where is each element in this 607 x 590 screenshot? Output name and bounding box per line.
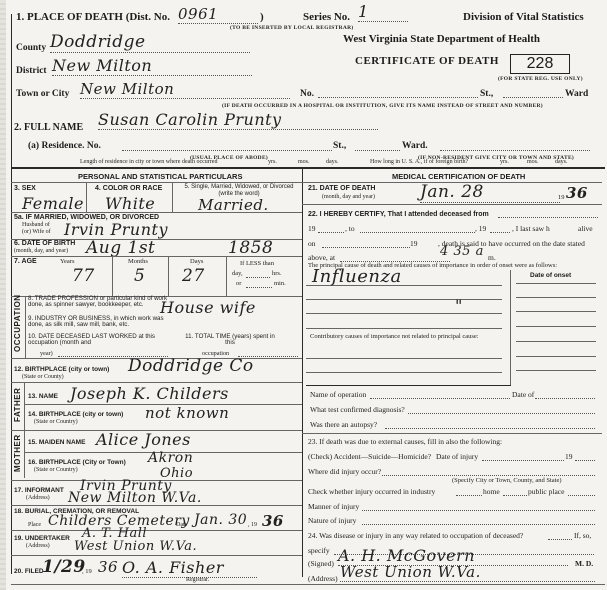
undertaker-address-label: (Address) <box>26 543 50 549</box>
dob-label: 6. DATE OF BIRTH <box>14 240 75 247</box>
attended-to-year-prefix: , 19 <box>475 224 486 233</box>
attended-year-prefix: 19 <box>308 224 316 233</box>
town-value: New Milton <box>80 80 290 99</box>
rule <box>24 382 25 430</box>
less-than-label: If LESS than <box>240 260 274 267</box>
residence-days: days. <box>326 159 339 165</box>
informant-label: 17. INFORMANT <box>14 487 64 494</box>
district-label: District <box>16 66 47 76</box>
street-no-field <box>318 97 478 98</box>
rule <box>516 370 596 371</box>
burial-year: 36 <box>262 512 284 530</box>
dob-sub-label: (month, day, and year) <box>14 248 68 254</box>
spouse-value: Irvin Prunty <box>64 220 299 240</box>
rule <box>11 505 302 506</box>
street-no-label: No. <box>300 89 314 99</box>
ward-field <box>503 97 563 98</box>
rule <box>516 356 596 357</box>
informant-address-label: (Address) <box>26 495 50 501</box>
injury-date-field <box>482 460 564 461</box>
department-title: West Virginia State Department of Health <box>343 33 540 45</box>
occupation-side-label: OCCUPATION <box>13 294 22 352</box>
nature-of-injury-label: Nature of injury <box>308 516 356 525</box>
rule <box>11 530 302 531</box>
less-or-label: or <box>236 280 241 287</box>
dist-note: (TO BE INSERTED BY LOCAL REGISTRAR) <box>230 25 354 31</box>
district-value: New Milton <box>52 56 252 76</box>
time-of-death: 4 35 a <box>440 244 484 259</box>
rule <box>516 326 596 327</box>
physician-address-label: (Address) <box>308 574 338 583</box>
foreign-birth-label: How long in U. S. A., if of foreign birt… <box>370 159 468 165</box>
last-worked-year-label: year) <box>40 350 53 357</box>
rule <box>302 204 602 205</box>
undertaker-address: West Union W.Va. <box>74 539 197 554</box>
operation-field <box>370 398 510 399</box>
injury-industry-label: Check whether injury occurred in industr… <box>308 487 435 496</box>
date-of-death-year: 36 <box>566 184 588 202</box>
external-causes-label: 23. If death was due to external causes,… <box>308 437 502 446</box>
rule <box>516 297 596 298</box>
above-at-label: above, at <box>308 253 335 262</box>
rule <box>306 328 502 329</box>
filed-year-prefix: , 19 <box>82 568 92 575</box>
mother-side-label: MOTHER <box>13 434 22 472</box>
accident-suicide-homicide-label: (Check) Accident—Suicide—Homicide? <box>308 452 431 461</box>
on-label: on <box>308 239 316 248</box>
age-months-label: Months <box>128 258 148 265</box>
date-of-onset-header: Date of onset <box>530 272 571 279</box>
residence-st-label: St., <box>333 141 346 151</box>
time-suffix: m. <box>488 253 496 262</box>
ward-label: Ward <box>565 89 588 99</box>
district-number: 0961 <box>178 5 258 24</box>
rule <box>24 430 25 478</box>
mother-name-label: 15. MAIDEN NAME <box>28 439 85 446</box>
residence-number-field <box>122 150 332 151</box>
father-birthplace-sub-label: (State or Country) <box>34 419 78 425</box>
attended-to-field <box>360 232 475 233</box>
date-of-death-sub-label: (month, day and year) <box>322 194 375 200</box>
rule <box>516 283 596 284</box>
age-years-label: Years <box>60 258 75 265</box>
nature-of-injury-field <box>362 524 595 525</box>
filed-date: 1/29 <box>42 557 86 577</box>
town-label: Town or City <box>16 89 69 99</box>
trade-value: House wife <box>160 298 256 317</box>
state-registration-number: 228 <box>510 54 570 74</box>
residence-ward-label: Ward. <box>402 141 428 151</box>
operation-date-field <box>535 398 595 399</box>
less-hrs-label: hrs. <box>272 270 282 277</box>
dob-year: 1858 <box>228 238 273 258</box>
undertaker-label: 19. UNDERTAKER <box>14 535 70 542</box>
father-name-label: 13. NAME <box>28 393 58 400</box>
rule <box>306 385 511 386</box>
last-seen-year-prefix: 19 <box>410 239 418 248</box>
rule <box>306 358 502 359</box>
dob-value: Aug 1st <box>86 238 155 258</box>
birthplace-label: 12. BIRTHPLACE (city or town) <box>14 366 109 373</box>
age-days-label: Days <box>190 258 203 265</box>
dist-close-paren: ) <box>260 11 264 23</box>
autopsy-label: Was there an autopsy? <box>310 420 377 429</box>
county-value: Doddridge <box>50 32 250 53</box>
series-label: Series No. <box>303 11 350 23</box>
test-confirmed-label: What test confirmed diagnosis? <box>310 405 405 414</box>
street-label: St., <box>480 89 493 99</box>
sex-label: 3. SEX <box>14 185 36 192</box>
foreign-yrs: yrs. <box>500 159 509 165</box>
injury-home-field <box>503 495 527 496</box>
column-divider <box>302 167 303 577</box>
registrar-signature: O. A. Fisher <box>122 558 257 578</box>
length-of-residence-label: Length of residence in city or town wher… <box>80 159 217 165</box>
residence-mos: mos. <box>298 159 310 165</box>
father-birthplace-value: not known <box>145 404 229 422</box>
autopsy-field <box>385 428 595 429</box>
physician-address: West Union W.Va. <box>340 563 595 582</box>
less-min-field <box>246 287 272 288</box>
filed-year: 36 <box>98 558 118 576</box>
alive-label: alive <box>578 224 593 233</box>
certify-statement: 22. I HEREBY CERTIFY, That I attended de… <box>308 209 489 218</box>
injury-home-label: home <box>483 487 500 496</box>
rule <box>86 182 87 212</box>
operation-date-label: Date of <box>512 390 534 399</box>
left-margin-strip <box>0 0 6 590</box>
rule <box>25 296 26 358</box>
series-number: 1 <box>358 2 408 22</box>
hospital-note: (IF DEATH OCCURRED IN A HOSPITAL OR INST… <box>222 103 543 109</box>
date-of-death-value: Jan. 28 <box>420 182 560 203</box>
injury-industry-field <box>456 495 482 496</box>
operation-label: Name of operation <box>310 390 366 399</box>
mother-birthplace-city: Akron <box>148 450 193 466</box>
informant-address: New Milton W.Va. <box>68 490 202 506</box>
burial-year-prefix: , 19 <box>248 522 257 528</box>
residence-ward-field <box>355 150 400 151</box>
rule <box>306 372 502 373</box>
full-name-value: Susan Carolin Prunty <box>98 110 378 130</box>
race-label: 4. COLOR OR RACE <box>95 185 162 192</box>
certify-label: 22. I HEREBY CERTIFY, That I attended de… <box>308 211 489 218</box>
father-birthplace-label: 14. BIRTHPLACE (city or town) <box>28 411 123 418</box>
injury-year-field <box>575 460 595 461</box>
bottom-border <box>11 584 605 585</box>
left-border <box>11 14 12 574</box>
foreign-mos: mos. <box>527 159 539 165</box>
last-saw-label: , I last saw h <box>512 224 550 233</box>
burial-date-value: Jan. 30 <box>194 512 247 528</box>
rule <box>11 212 302 213</box>
manner-of-injury-field <box>362 510 595 511</box>
division-title: Division of Vital Statistics <box>463 11 584 23</box>
rule <box>11 382 302 383</box>
specify-label: specify <box>308 546 330 555</box>
residence-yrs: yrs. <box>268 159 277 165</box>
injury-public-label: public place <box>528 487 564 496</box>
date-of-death-label: 21. DATE OF DEATH <box>308 185 375 192</box>
mother-birthplace-label: 16. BIRTHPLACE (City or Town) <box>28 459 126 466</box>
father-side-label: FATHER <box>13 388 22 422</box>
age-label: 7. AGE <box>14 258 37 265</box>
less-day-field <box>246 277 270 278</box>
attended-from-field <box>498 217 598 218</box>
where-injury-label: Where did injury occur? <box>308 467 381 476</box>
rule <box>306 313 502 314</box>
injury-date-label: Date of injury <box>436 452 478 461</box>
injury-year-prefix: 19 <box>565 452 573 461</box>
foreign-days: days. <box>555 159 568 165</box>
mother-birthplace-sub-label: (State or Country) <box>34 467 78 473</box>
where-injury-field <box>382 475 595 476</box>
mother-name-value: Alice Jones <box>96 430 191 449</box>
rule <box>172 182 173 212</box>
residence-label: (a) Residence. No. <box>28 141 101 151</box>
burial-date-label: Date <box>176 522 187 528</box>
if-so-label: If, so, <box>574 531 591 540</box>
header-divider <box>11 167 605 169</box>
less-day-label: day, <box>232 270 243 277</box>
age-days-value: 27 <box>182 266 205 286</box>
signed-label: (Signed) <box>308 559 334 568</box>
state-reg-note: (FOR STATE REG. USE ONLY) <box>498 76 583 82</box>
manner-of-injury-label: Manner of injury <box>308 502 359 511</box>
rule <box>112 256 113 296</box>
sex-value: Female <box>22 194 84 213</box>
rule <box>516 341 596 342</box>
cause-of-death: Influenza <box>312 266 402 287</box>
birthplace-value: Doddridge Co <box>128 356 254 376</box>
filed-label: 20. FILED <box>14 568 44 575</box>
age-months-value: 5 <box>134 266 145 286</box>
industry-label: 9. INDUSTRY OR BUSINESS, in which work w… <box>28 316 173 329</box>
last-worked-label: 10. DATE DECEASED LAST WORKED at this oc… <box>28 334 173 347</box>
rule <box>11 182 302 183</box>
attended-to-label: , to <box>345 224 355 233</box>
personal-section-title: PERSONAL AND STATISTICAL PARTICULARS <box>78 172 242 181</box>
rule <box>11 256 302 257</box>
death-certificate: 1. PLACE OF DEATH (Dist. No. 0961 ) (TO … <box>0 0 607 590</box>
registrar-label: Registrar. <box>186 577 209 583</box>
rule <box>302 433 602 434</box>
nonresident-field <box>440 150 590 151</box>
occupation-related-label: 24. Was disease or injury in any way rel… <box>308 531 523 540</box>
rule <box>168 256 169 296</box>
full-name-label: 2. FULL NAME <box>14 122 83 133</box>
rule <box>510 270 511 385</box>
birthplace-sub-label: (State or County) <box>22 374 64 380</box>
medical-section-title: MEDICAL CERTIFICATION OF DEATH <box>392 172 525 181</box>
where-injury-note: (Specify City or Town, County, and State… <box>452 477 562 484</box>
attended-to-year-field <box>490 232 510 233</box>
rule <box>11 555 302 556</box>
injury-public-field <box>568 495 595 496</box>
father-name-value: Joseph K. Childers <box>70 384 229 403</box>
race-value: White <box>105 194 155 213</box>
test-confirmed-field <box>408 413 595 414</box>
burial-place-label: Place <box>28 522 41 528</box>
age-years-value: 77 <box>72 266 95 286</box>
last-seen-date-field <box>322 247 410 248</box>
place-of-death-label: 1. PLACE OF DEATH (Dist. No. <box>16 11 170 23</box>
attended-year-field <box>318 232 344 233</box>
county-label: County <box>16 43 46 53</box>
spouse-label: Husband of (or) Wife of <box>22 222 60 235</box>
date-of-death-year-prefix: 19 <box>558 194 565 201</box>
rule <box>306 299 502 300</box>
less-min-label: min. <box>274 280 286 287</box>
total-time-label: 11. TOTAL TIME (years) spent in this <box>185 334 275 347</box>
occupation-related-field <box>548 539 572 540</box>
certificate-title: CERTIFICATE OF DEATH <box>355 55 499 67</box>
rule <box>226 256 227 296</box>
trade-label: 8. TRADE PROFESSION or particular kind o… <box>28 296 173 309</box>
contributory-causes-label: Contributory causes of importance not re… <box>310 333 480 340</box>
rule <box>516 311 596 312</box>
